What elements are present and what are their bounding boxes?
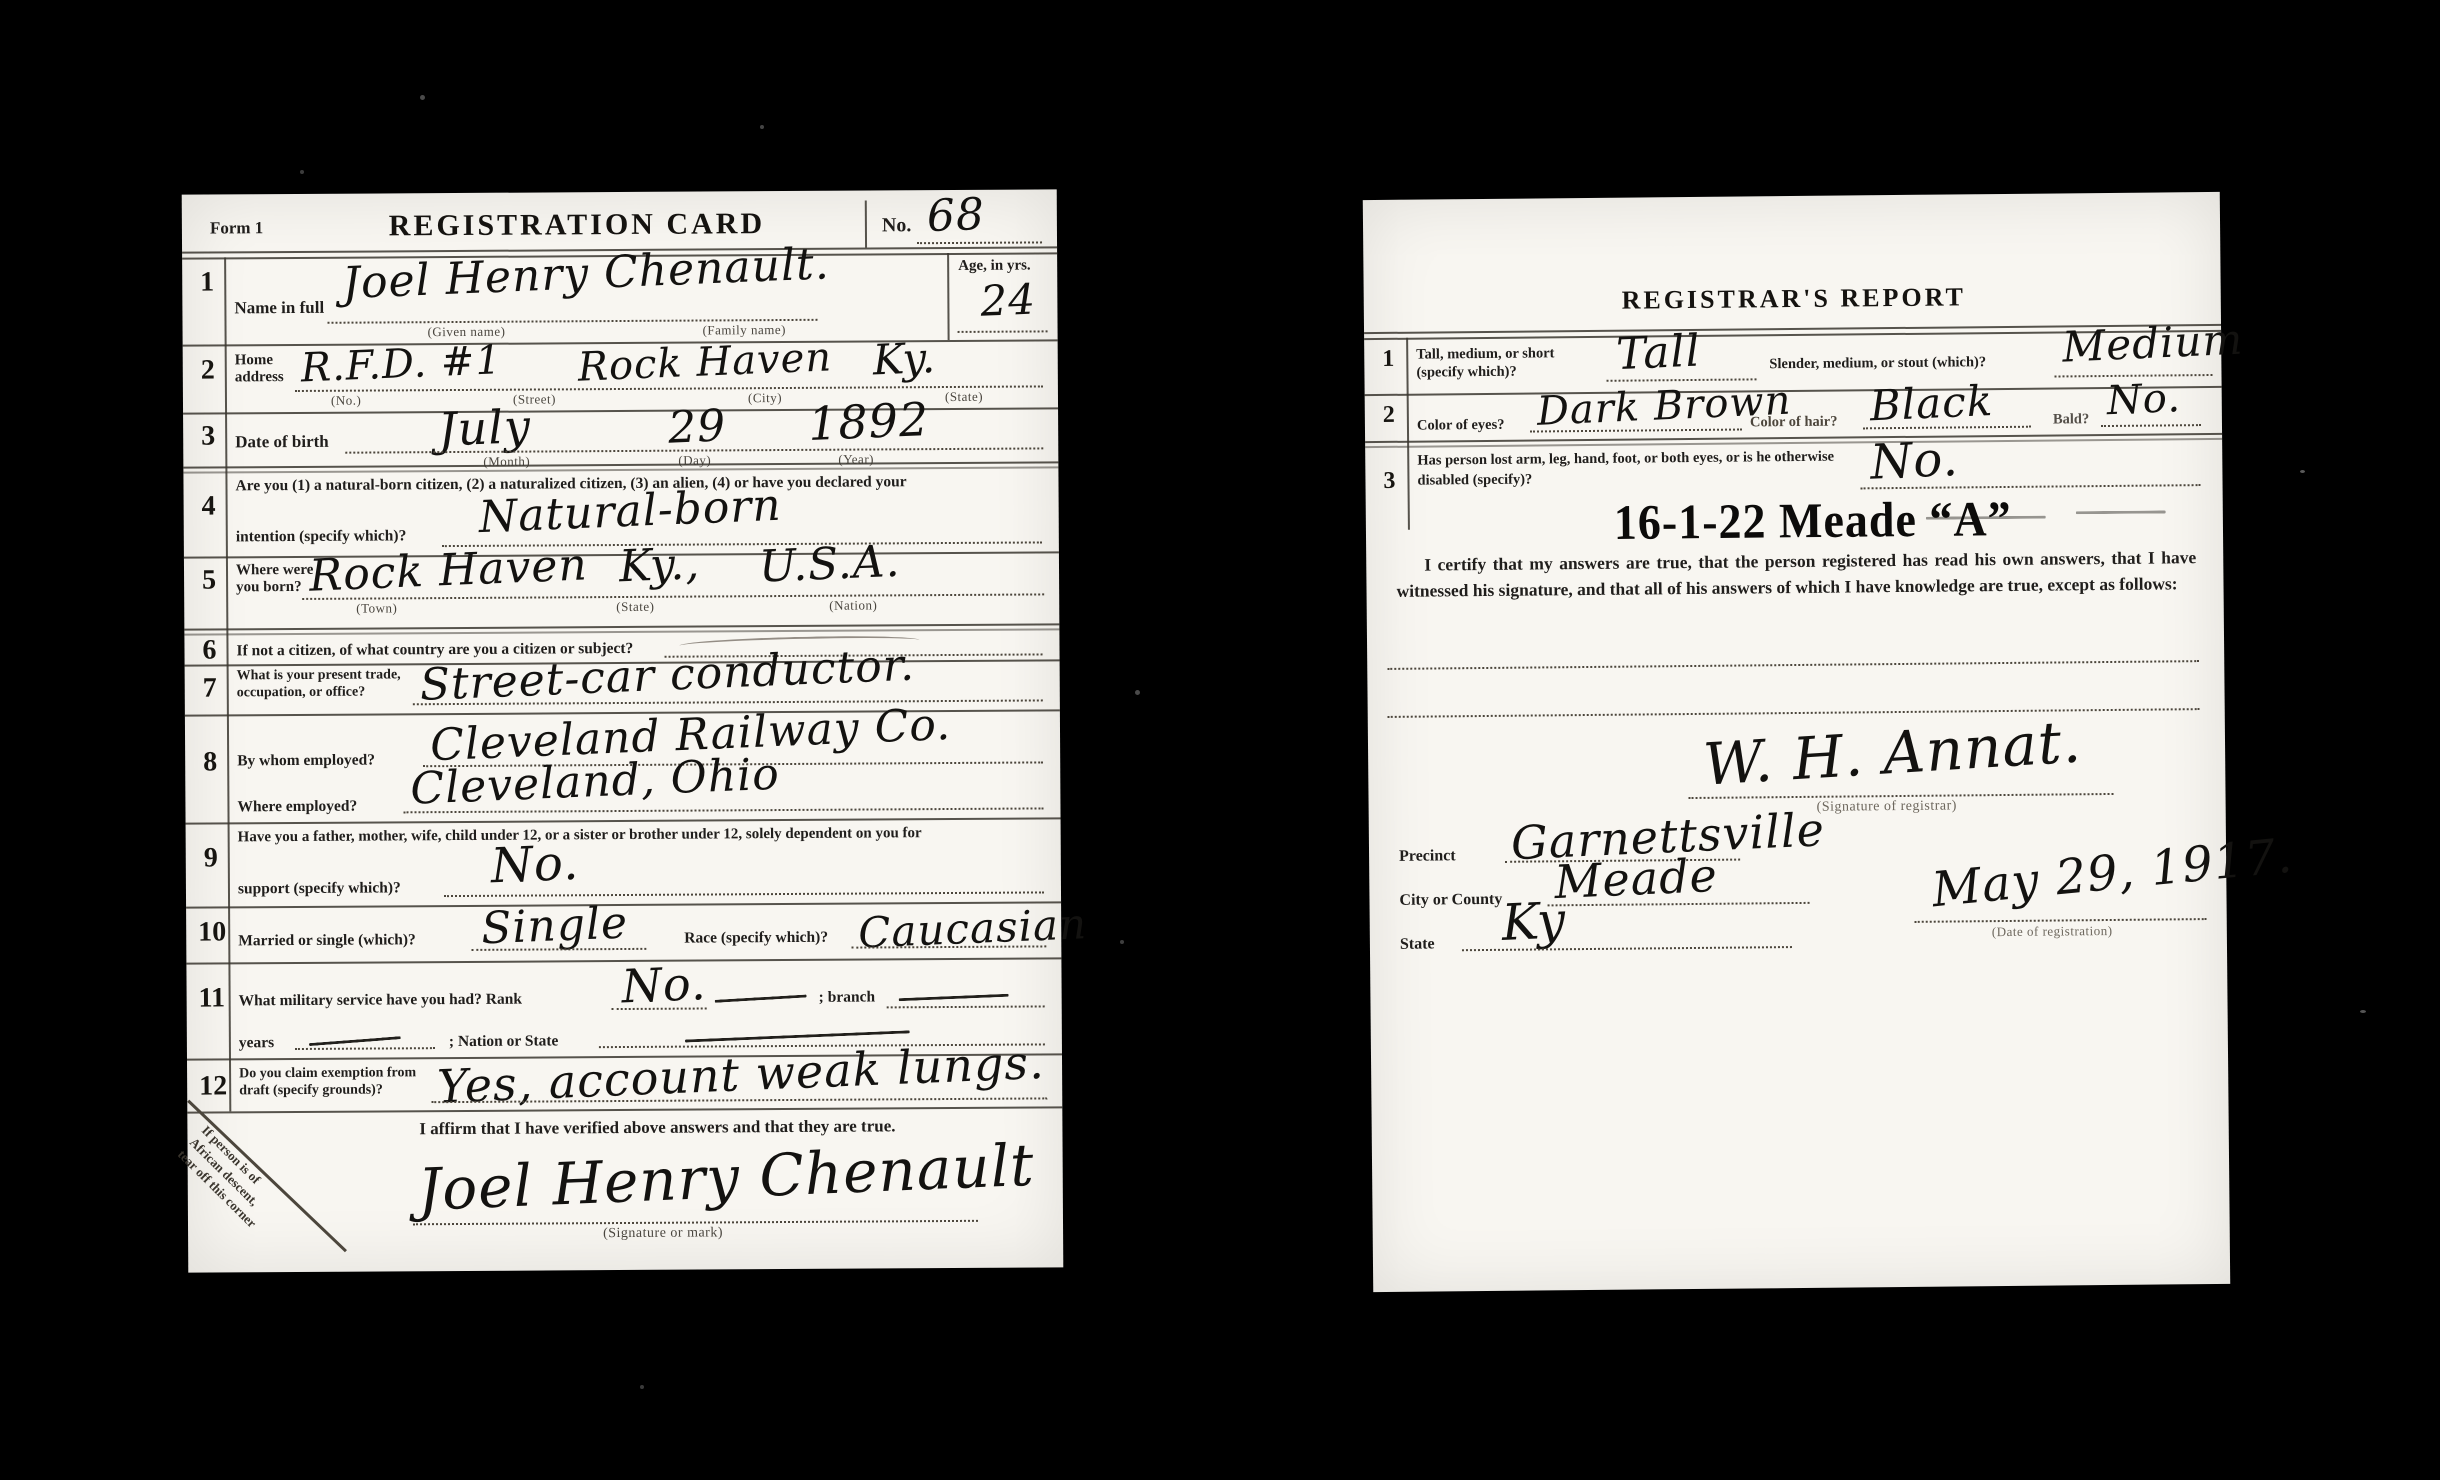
birth-month-value: July bbox=[437, 399, 532, 457]
number-column-line bbox=[1406, 338, 1410, 530]
date-board-stamp: 16-1-22 Meade “A” bbox=[1614, 490, 2012, 551]
write-line bbox=[2101, 424, 2201, 427]
sub-label-no: (No.) bbox=[331, 393, 361, 409]
serial-no-label: No. bbox=[882, 214, 912, 237]
field-number: 8 bbox=[203, 746, 217, 778]
disability-label: Has person lost arm, leg, hand, foot, or… bbox=[1417, 448, 1847, 491]
dependents-question-line1: Have you a father, mother, wife, child u… bbox=[238, 824, 1043, 846]
age-label: Age, in yrs. bbox=[958, 257, 1031, 274]
citizen-question-line2: intention (specify which)? bbox=[236, 527, 407, 546]
number-column-line bbox=[224, 257, 231, 1111]
field-number: 5 bbox=[202, 564, 216, 596]
form-number-label: Form 1 bbox=[210, 218, 263, 238]
hand-dash-mark bbox=[899, 994, 1009, 1002]
certification-text: I certify that my answers are true, that… bbox=[1396, 544, 2196, 604]
citizen-value: Natural-born bbox=[478, 480, 783, 543]
military-rank-label: What military service have you had? Rank bbox=[239, 991, 522, 1011]
bald-value: No. bbox=[2106, 375, 2182, 424]
address-no-value: R.F.D. #1 bbox=[300, 337, 503, 391]
hand-dash-mark bbox=[715, 994, 807, 1002]
faint-dash-mark bbox=[2076, 510, 2166, 514]
hand-dash-mark bbox=[309, 1036, 401, 1046]
state-value: Ky bbox=[1500, 891, 1567, 952]
field-number: 1 bbox=[1382, 346, 1394, 373]
registration-date-value: May 29, 1917. bbox=[1929, 828, 2295, 919]
height-value: Tall bbox=[1615, 325, 1701, 380]
scan-speck bbox=[1120, 940, 1124, 944]
card-title: REGISTRATION CARD bbox=[347, 207, 807, 244]
name-label: Name in full bbox=[234, 298, 324, 319]
field-number: 2 bbox=[201, 354, 215, 386]
sub-label-town: (Town) bbox=[356, 600, 397, 616]
military-branch-label: ; branch bbox=[819, 988, 876, 1006]
eyes-label: Color of eyes? bbox=[1417, 417, 1505, 435]
military-rank-value: No. bbox=[620, 956, 707, 1013]
hair-label: Color of hair? bbox=[1750, 414, 1838, 432]
state-label: State bbox=[1400, 935, 1435, 953]
sub-label-month: (Month) bbox=[483, 454, 530, 470]
registration-card: Form 1 REGISTRATION CARD No. 68 1 Name i… bbox=[182, 189, 1064, 1272]
hair-value: Black bbox=[1869, 376, 1994, 430]
build-value: Medium bbox=[2061, 315, 2244, 372]
employer-label: By whom employed? bbox=[237, 752, 375, 771]
scan-speck bbox=[2360, 1010, 2366, 1013]
scan-speck bbox=[300, 170, 304, 174]
write-line bbox=[887, 1005, 1045, 1008]
height-label: Tall, medium, or short (specify which)? bbox=[1416, 344, 1601, 382]
field-number: 10 bbox=[198, 916, 226, 948]
name-value: Joel Henry Chenault. bbox=[341, 238, 830, 309]
birth-year-value: 1892 bbox=[807, 392, 930, 451]
serial-no-value: 68 bbox=[926, 189, 986, 242]
sub-label-year: (Year) bbox=[838, 451, 874, 467]
sub-label-nation: (Nation) bbox=[829, 597, 877, 613]
birth-date-label: Date of birth bbox=[235, 432, 329, 453]
sub-label-day: (Day) bbox=[678, 452, 711, 468]
field-number: 1 bbox=[200, 266, 214, 298]
scan-speck bbox=[420, 95, 425, 100]
registrar-signature-sub-label: (Signature of registrar) bbox=[1817, 798, 1957, 815]
scanned-document-page: { "colors": {"background": "#000000", "c… bbox=[0, 0, 2440, 1480]
field-number: 12 bbox=[199, 1070, 227, 1102]
field-number: 11 bbox=[199, 982, 226, 1014]
row-line bbox=[186, 817, 1061, 824]
registration-date-sub-label: (Date of registration) bbox=[1992, 923, 2113, 940]
report-title: REGISTRAR'S REPORT bbox=[1544, 282, 2044, 317]
city-county-label: City or County bbox=[1399, 891, 1502, 910]
write-line bbox=[1863, 426, 2031, 430]
sub-label-state: (State) bbox=[945, 389, 983, 405]
registrant-signature: Joel Henry Chenault bbox=[417, 1131, 1036, 1224]
header-divider-line bbox=[865, 200, 867, 247]
bald-label: Bald? bbox=[2053, 411, 2089, 428]
write-line bbox=[1915, 918, 2207, 923]
military-nation-label: ; Nation or State bbox=[449, 1032, 559, 1051]
row-line bbox=[187, 1106, 1062, 1113]
employed-where-label: Where employed? bbox=[237, 798, 357, 817]
field-number: 4 bbox=[202, 490, 216, 522]
birth-day-value: 29 bbox=[667, 400, 727, 453]
scan-speck bbox=[1135, 690, 1140, 695]
exemption-label: Do you claim exemption from draft (speci… bbox=[239, 1065, 429, 1100]
born-nation-value: U.S.A. bbox=[758, 536, 901, 593]
write-line bbox=[917, 241, 1042, 244]
scan-speck bbox=[640, 1385, 644, 1389]
registrars-report-card: REGISTRAR'S REPORT 1 Tall, medium, or sh… bbox=[1363, 192, 2230, 1292]
disability-value: No. bbox=[1869, 431, 1960, 491]
dependents-value: No. bbox=[490, 835, 581, 895]
write-line bbox=[295, 1047, 435, 1050]
write-line bbox=[958, 330, 1048, 333]
registrar-signature: W. H. Annat. bbox=[1701, 707, 2083, 798]
born-town-value: Rock Haven bbox=[308, 539, 589, 601]
field-number: 7 bbox=[203, 672, 217, 704]
field-number: 6 bbox=[202, 634, 216, 666]
address-state-value: Ky. bbox=[872, 333, 937, 385]
race-value: Caucasian bbox=[857, 899, 1088, 957]
city-county-value: Meade bbox=[1553, 848, 1719, 909]
precinct-label: Precinct bbox=[1399, 847, 1456, 866]
sub-label-city: (City) bbox=[748, 390, 782, 406]
field-number: 3 bbox=[1383, 468, 1395, 495]
field-number: 2 bbox=[1383, 402, 1395, 429]
field-number: 3 bbox=[201, 420, 215, 452]
scan-speck bbox=[2300, 470, 2305, 473]
age-value: 24 bbox=[979, 275, 1036, 326]
trade-label: What is your present trade, occupation, … bbox=[237, 667, 412, 702]
sub-label-state: (State) bbox=[616, 599, 654, 615]
build-label: Slender, medium, or stout (which)? bbox=[1769, 354, 1986, 373]
military-years-label: years bbox=[239, 1034, 274, 1052]
blank-line bbox=[1387, 660, 2199, 670]
signature-sub-label: (Signature or mark) bbox=[603, 1225, 723, 1242]
row-line bbox=[1365, 386, 2222, 396]
age-box-line bbox=[947, 253, 950, 340]
dependents-question-line2: support (specify which)? bbox=[238, 879, 401, 898]
field-number: 9 bbox=[204, 842, 218, 874]
home-address-label: Home address bbox=[235, 352, 297, 387]
race-label: Race (specify which)? bbox=[684, 929, 828, 948]
married-label: Married or single (which)? bbox=[238, 931, 416, 950]
address-city-value: Rock Haven bbox=[577, 334, 833, 390]
scan-speck bbox=[760, 125, 764, 129]
married-value: Single bbox=[480, 897, 629, 954]
born-state-value: Ky., bbox=[618, 538, 701, 592]
